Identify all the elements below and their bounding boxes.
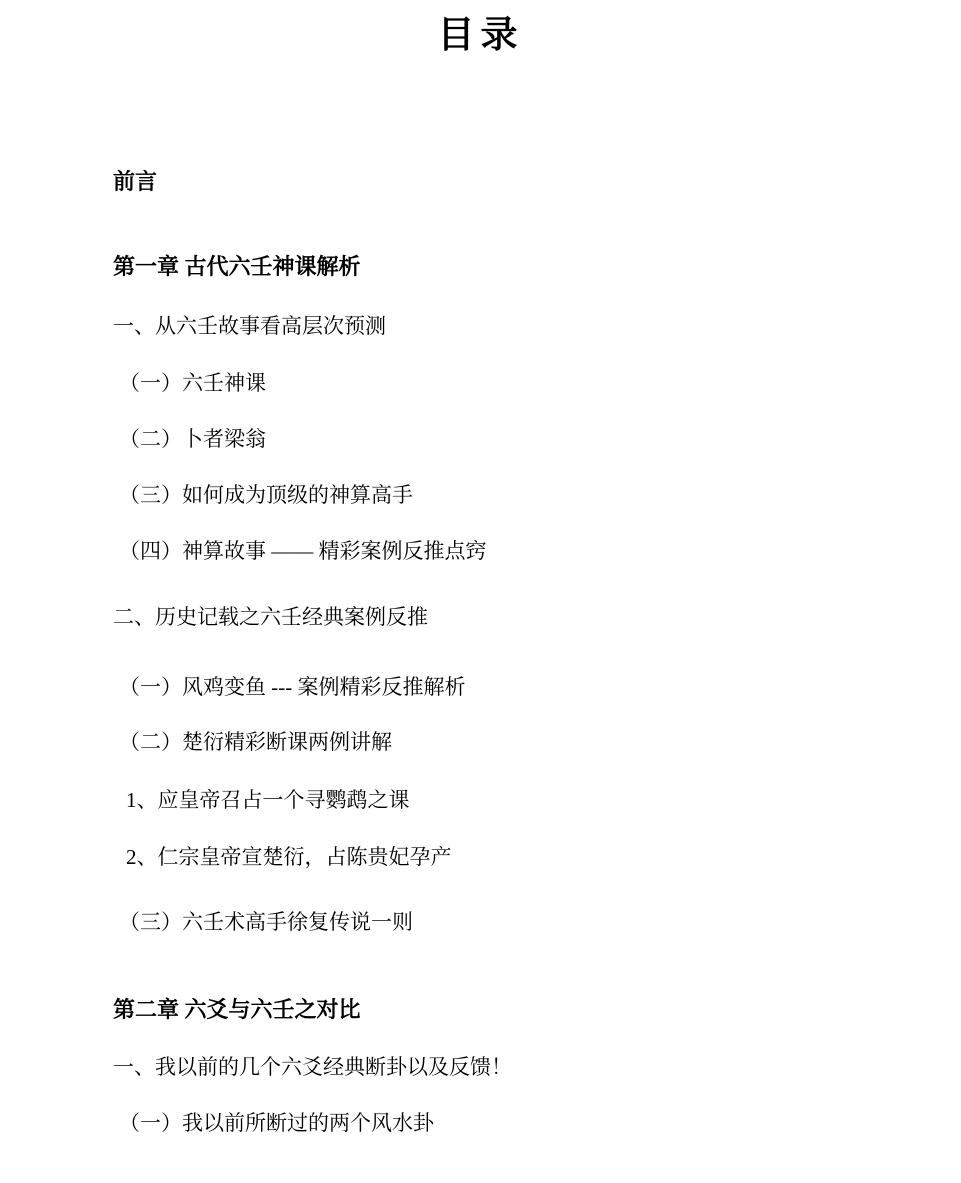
toc-entry-ch1-s1-sub-3: （三）如何成为顶级的神算高手 <box>119 483 413 507</box>
toc-entry-ch2-s1-sub-1: （一）我以前所断过的两个风水卦 <box>119 1111 434 1135</box>
toc-entry-chapter-1: 第一章 古代六壬神课解析 <box>113 255 361 279</box>
toc-entry-ch1-section-2: 二、历史记载之六壬经典案例反推 <box>113 605 428 629</box>
toc-entry-ch1-s1-sub-4: （四）神算故事 —— 精彩案例反推点窍 <box>119 539 487 563</box>
toc-entry-ch1-s2-sub2-item-2: 2、仁宗皇帝宣楚衍，占陈贵妃孕产 <box>126 845 452 869</box>
document-page: 目录 前言 第一章 古代六壬神课解析 一、从六壬故事看高层次预测 （一）六壬神课… <box>0 0 961 1183</box>
toc-entry-ch1-s2-sub-2: （二）楚衍精彩断课两例讲解 <box>119 730 392 754</box>
toc-entry-ch1-s2-sub-3: （三）六壬术高手徐复传说一则 <box>119 910 413 934</box>
toc-entry-chapter-2: 第二章 六爻与六壬之对比 <box>113 998 361 1022</box>
toc-entry-ch1-s1-sub-1: （一）六壬神课 <box>119 371 266 395</box>
toc-entry-ch1-s2-sub-1: （一）风鸡变鱼 --- 案例精彩反推解析 <box>119 675 465 699</box>
toc-entry-ch1-section-1: 一、从六壬故事看高层次预测 <box>113 314 386 338</box>
toc-entry-ch2-section-1: 一、我以前的几个六爻经典断卦以及反馈！ <box>113 1055 512 1079</box>
toc-entry-ch1-s2-sub2-item-1: 1、应皇帝召占一个寻鹦鹉之课 <box>126 788 410 812</box>
page-title: 目录 <box>0 4 961 58</box>
toc-entry-ch1-s1-sub-2: （二）卜者梁翁 <box>119 427 266 451</box>
toc-entry-preface: 前言 <box>113 170 157 194</box>
